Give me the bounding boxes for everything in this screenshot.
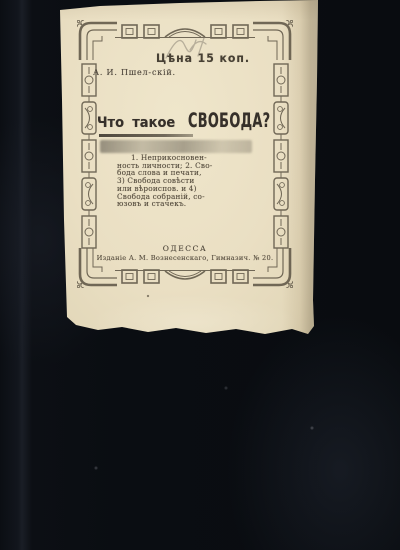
- cover-title: Что такое СВОБОДА?: [97, 109, 313, 132]
- freedoms-list: 1. Неприкосновен- ность личности; 2. Сво…: [117, 154, 241, 208]
- imprint-city: ОДЕССА: [77, 244, 293, 253]
- title-small: Что такое: [97, 115, 175, 131]
- title-underline: [99, 134, 193, 137]
- imprint-publisher: Изданіе А. М. Вознесенскаго, Гимназич. №…: [77, 254, 293, 262]
- author-name: А. И. Пшел-скій.: [93, 68, 176, 77]
- photo-background: А. И. Пшел-скій. Цѣна 15 коп. Что такое …: [0, 0, 400, 550]
- title-large: СВОБОДА?: [188, 109, 270, 132]
- ink-smudge-band: [100, 140, 252, 153]
- price-label: Цѣна 15 коп.: [156, 51, 250, 65]
- freedoms-line: юзовъ и стачекъ.: [117, 200, 241, 208]
- pamphlet-cover: А. И. Пшел-скій. Цѣна 15 коп. Что такое …: [60, 0, 318, 336]
